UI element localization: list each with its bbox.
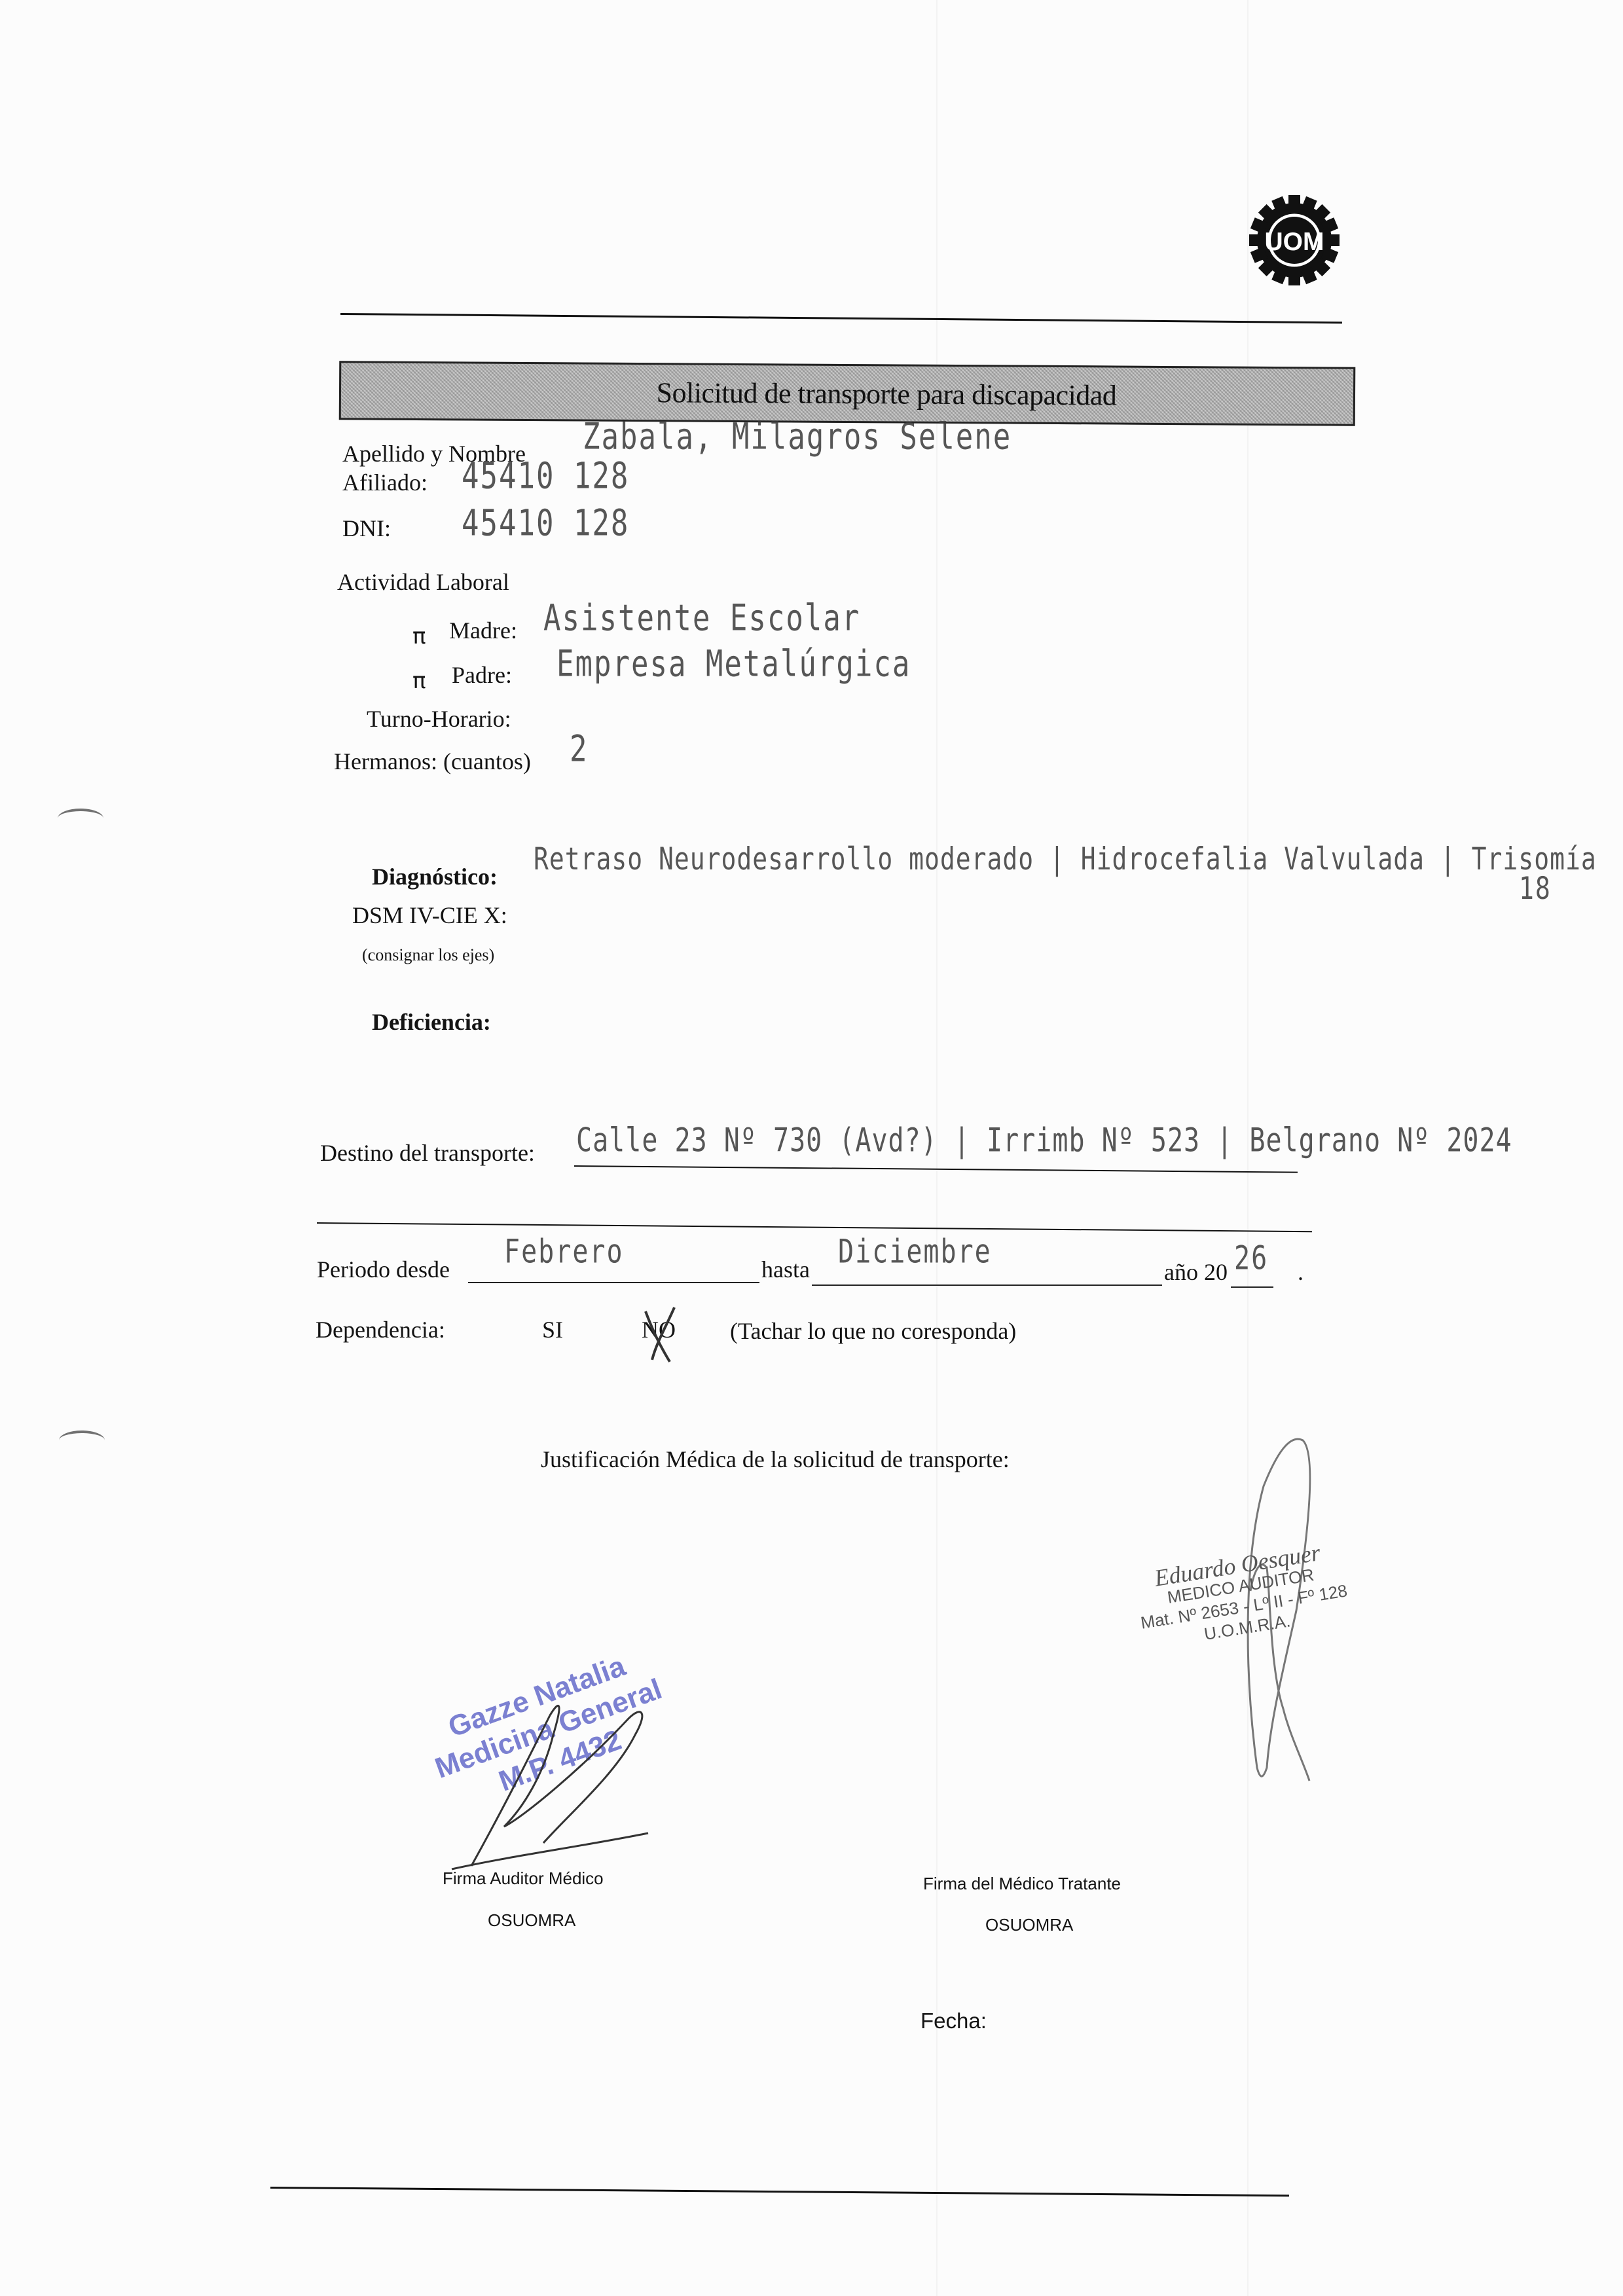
anio-label: año 20 <box>1164 1258 1228 1286</box>
punch-hole <box>59 1430 105 1450</box>
deficiencia-label: Deficiencia: <box>372 1008 491 1036</box>
madre-value[interactable]: Asistente Escolar <box>543 597 860 639</box>
dni-label: DNI: <box>342 515 391 542</box>
periodo-desde-value[interactable]: Febrero <box>504 1233 624 1271</box>
dependencia-option-si[interactable]: SI <box>542 1316 563 1343</box>
anio-value[interactable]: 26 <box>1234 1240 1268 1278</box>
fecha-label: Fecha: <box>921 2009 987 2033</box>
apellido-nombre-value[interactable]: Zabala, Milagros Selene <box>583 416 1012 458</box>
padre-label: Padre: <box>452 661 512 689</box>
punch-hole <box>58 809 103 828</box>
afiliado-label: Afiliado: <box>342 469 428 496</box>
destino-value[interactable]: Calle 23 Nº 730 (Avd?) | Irrimb Nº 523 |… <box>576 1122 1512 1160</box>
dsm-label: DSM IV-CIE X: <box>352 902 507 929</box>
anio-blank <box>1231 1286 1273 1288</box>
cross-out-mark-icon <box>640 1306 680 1365</box>
diagnostico-label: Diagnóstico: <box>372 863 498 890</box>
signature-auditor <box>432 1689 668 1886</box>
justificacion-label: Justificación Médica de la solicitud de … <box>541 1446 1010 1473</box>
turno-horario-label: Turno-Horario: <box>367 705 511 733</box>
dni-value[interactable]: 45410 128 <box>462 502 629 544</box>
periodo-desde-label: Periodo desde <box>317 1256 450 1283</box>
destino-underline-2 <box>317 1222 1312 1232</box>
afiliado-value[interactable]: 45410 128 <box>462 455 629 497</box>
bullet-icon: π <box>412 623 426 649</box>
padre-value[interactable]: Empresa Metalúrgica <box>556 643 911 685</box>
diagnostico-value-line2[interactable]: 18 <box>1519 870 1552 906</box>
dependencia-label: Dependencia: <box>316 1316 445 1343</box>
footer-rule <box>270 2187 1289 2196</box>
periodo-desde-blank <box>468 1282 759 1283</box>
periodo-hasta-label: hasta <box>761 1256 810 1283</box>
dependencia-instruction: (Tachar lo que no coresponda) <box>730 1317 1016 1345</box>
anio-suffix: . <box>1298 1258 1304 1286</box>
bullet-icon: π <box>412 668 426 694</box>
firma-auditor-label: Firma Auditor Médico <box>443 1868 604 1889</box>
hermanos-label: Hermanos: (cuantos) <box>334 748 531 775</box>
dsm-note: (consignar los ejes) <box>362 945 494 965</box>
header-rule <box>340 313 1342 323</box>
periodo-hasta-blank <box>812 1285 1162 1286</box>
diagnostico-value[interactable]: Retraso Neurodesarrollo moderado | Hidro… <box>534 841 1597 877</box>
destino-label: Destino del transporte: <box>320 1139 535 1167</box>
hermanos-value[interactable]: 2 <box>570 728 589 770</box>
madre-label: Madre: <box>449 617 517 644</box>
actividad-laboral-heading: Actividad Laboral <box>337 568 509 596</box>
svg-text:UOM: UOM <box>1265 228 1324 256</box>
periodo-hasta-value[interactable]: Diciembre <box>838 1233 992 1271</box>
form-title: Solicitud de transporte para discapacida… <box>577 375 1116 412</box>
firma-tratante-label: Firma del Médico Tratante <box>923 1874 1121 1894</box>
firma-tratante-org: OSUOMRA <box>985 1915 1073 1935</box>
firma-auditor-org: OSUOMRA <box>488 1910 575 1931</box>
uom-gear-logo-icon: UOM <box>1245 191 1343 289</box>
